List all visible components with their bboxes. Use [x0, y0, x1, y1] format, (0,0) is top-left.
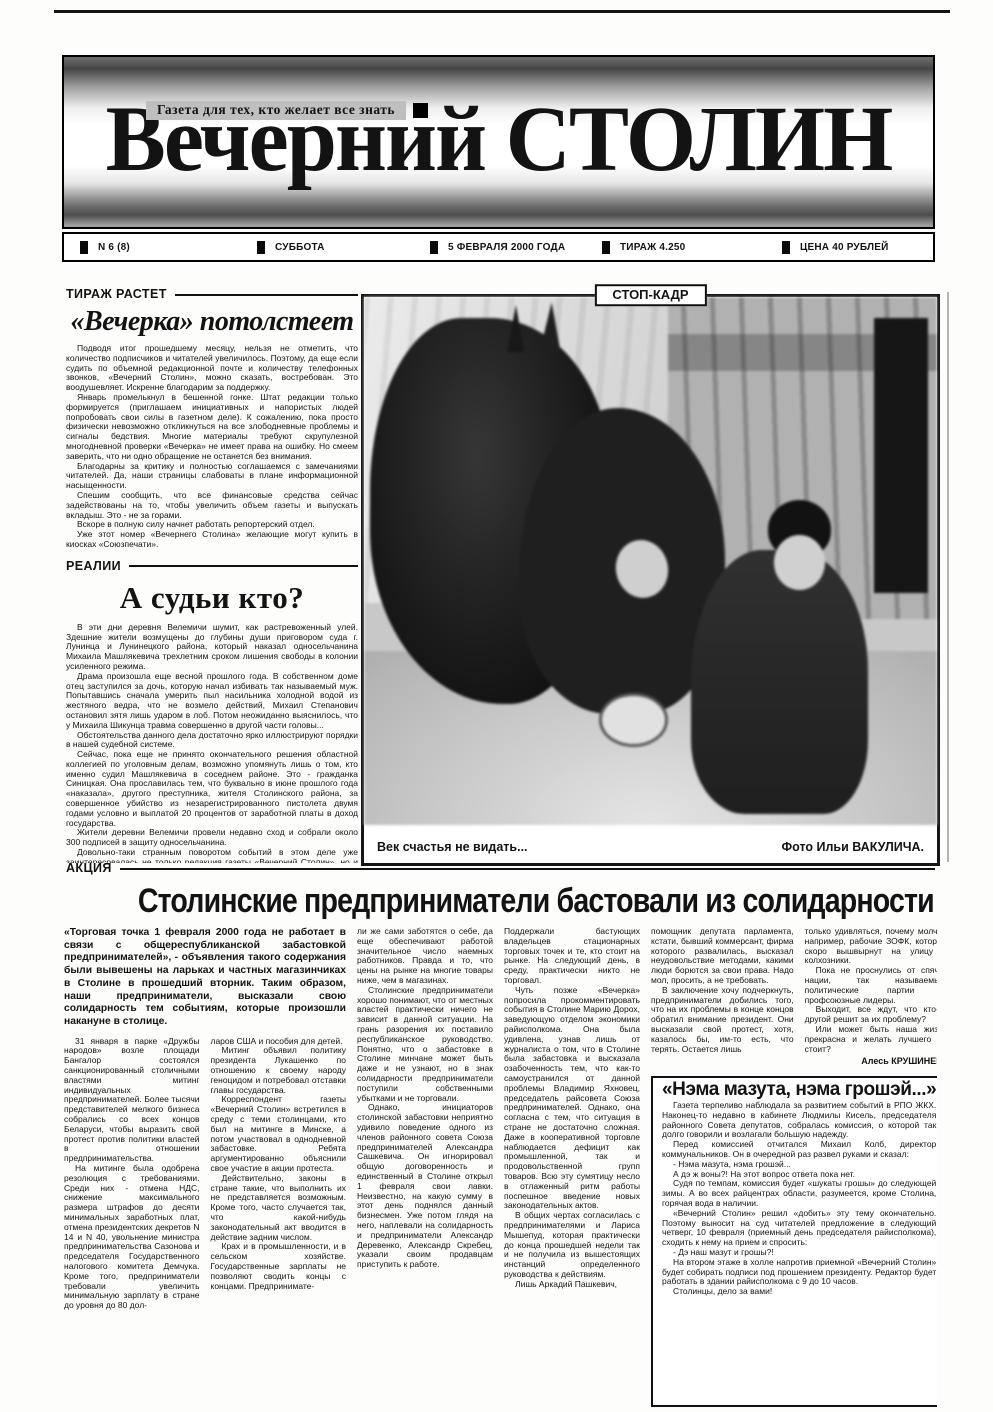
paragraph: Чуть позже «Вечерка» попросила прокоммен…	[504, 986, 640, 1211]
newspaper-page: Газета для тех, кто желает все знать Веч…	[0, 0, 993, 1412]
left-column: ТИРАЖ РАСТЕТ «Вечерка» потолстеет Подвод…	[66, 287, 358, 863]
mazuta-box: «Нэма мазута, нэма грошэй...» Газета тер…	[651, 1076, 937, 1407]
section-label: ТИРАЖ РАСТЕТ	[66, 287, 167, 301]
strike-col-3: ли же сами заботятся о себе, да еще обес…	[357, 927, 493, 1407]
price: ЦЕНА 40 РУБЛЕЙ	[782, 234, 888, 260]
paragraph: Столинские предприниматели хорошо понима…	[357, 986, 493, 1104]
photo-caption-bar: Век счастья не видать... Фото Ильи ВАКУЛ…	[364, 831, 937, 863]
top-rule	[54, 10, 950, 13]
photo-doorway	[874, 318, 928, 593]
paragraph: В общих чертах согласилась с предпринима…	[504, 1211, 640, 1280]
paragraph: Драма произошла еще весной прошлого года…	[66, 672, 358, 731]
strike-headline-wrap: Столинские предприниматели бастовали из …	[62, 882, 935, 921]
strike-col-1: 31 января в парке «Дружбы народов» возле…	[64, 1037, 200, 1311]
paragraph: «Вечерний Столин» решил «добить» эту тем…	[662, 1209, 936, 1248]
issue-date: 5 ФЕВРАЛЯ 2000 ГОДА	[430, 234, 565, 260]
circulation-label: ТИРАЖ 4.250	[620, 242, 685, 253]
paragraph: Сейчас, пока еще не принято окончательно…	[66, 750, 358, 828]
paragraph: только удивляться, почему молчат, наприм…	[805, 927, 937, 966]
paragraph: В эти дни деревня Велемичи шумит, как ра…	[66, 623, 358, 672]
photo-image	[364, 297, 937, 825]
paragraph: помощник депутата парламента, кстати, бы…	[651, 927, 794, 986]
section-rule	[129, 565, 358, 567]
paragraph: Подводя итог прошедшему месяцу, нельзя н…	[66, 344, 358, 393]
strike-col-2: ларов США и пособия для детей. Митинг об…	[211, 1037, 347, 1311]
photo-sitting-man	[691, 550, 869, 814]
paragraph: Однако, инициаторов столинской забастовк…	[357, 1103, 493, 1270]
weekday-label: СУББОТА	[275, 242, 325, 253]
circulation: ТИРАЖ 4.250	[602, 234, 685, 260]
issue-number-label: N 6 (8)	[98, 242, 130, 253]
photo-frame: СТОП-КАДР Век счастья не видать... Фото …	[361, 294, 940, 866]
tagline-square	[413, 103, 428, 118]
strike-cols-5-6: помощник депутата парламента, кстати, бы…	[651, 927, 937, 1407]
issue-date-label: 5 ФЕВРАЛЯ 2000 ГОДА	[448, 242, 565, 253]
marker-icon	[257, 241, 265, 254]
photo-rubric-label: СТОП-КАДР	[594, 284, 706, 306]
strike-col-6: только удивляться, почему молчат, наприм…	[805, 927, 937, 1067]
weekday: СУББОТА	[257, 234, 325, 260]
paragraph: На втором этаже в холле напротив приемно…	[662, 1258, 936, 1287]
section-rule	[120, 868, 935, 870]
masthead: Газета для тех, кто желает все знать Веч…	[62, 55, 935, 229]
paragraph: Или может быть наша жизнь прекрасна и же…	[805, 1025, 937, 1054]
strike-col-5: помощник депутата парламента, кстати, бы…	[651, 927, 794, 1067]
paragraph: Судя по темпам, комиссия будет «шукаты г…	[662, 1179, 936, 1208]
section-realii: РЕАЛИИ	[66, 559, 358, 573]
paragraph: Митинг объявил политику президента Лукаш…	[211, 1046, 347, 1095]
photo-horseshoe	[599, 693, 668, 747]
marker-icon	[430, 241, 438, 254]
paragraph: Жители деревни Велемичи провели недавно …	[66, 828, 358, 848]
headline-vecherka: «Вечерка» потолстеет	[66, 306, 358, 338]
paragraph: Уже этот номер «Вечернего Столина» желаю…	[66, 530, 358, 550]
headline-sudyi: А судьи кто?	[66, 580, 358, 616]
section-label: АКЦИЯ	[66, 861, 112, 875]
paragraph: Корреспондент газеты «Вечерний Столин» в…	[211, 1095, 347, 1173]
section-rule	[175, 294, 358, 296]
paragraph: Выходит, все ждут, что кто-то другой реш…	[805, 1005, 937, 1025]
paragraph: Действительно, законы в стране такие, чт…	[211, 1174, 347, 1243]
paragraph: В заключение хочу подчеркнуть, предприни…	[651, 986, 794, 1055]
marker-icon	[602, 241, 610, 254]
paragraph: Январь промелькнул в бешенной гонке. Шта…	[66, 393, 358, 462]
paragraph: Столинцы, дело за вами!	[662, 1287, 936, 1297]
scan-edge-line	[947, 292, 949, 862]
strike-article-body: «Торговая точка 1 февраля 2000 года не р…	[64, 927, 937, 1407]
mazuta-headline: «Нэма мазута, нэма грошэй...»	[662, 1085, 936, 1095]
paragraph: Газета терпеливо наблюдала за развитием …	[662, 1101, 936, 1140]
section-tirazh-rastet: ТИРАЖ РАСТЕТ	[66, 287, 358, 301]
article-sudyi-body: В эти дни деревня Велемичи шумит, как ра…	[66, 623, 358, 863]
strike-col-4: Поддержали бастующих владельцев стациона…	[504, 927, 640, 1407]
strike-cols-1-2: «Торговая точка 1 февраля 2000 года не р…	[64, 927, 346, 1407]
paragraph: Перед комиссией отчитался Михаил Колб, д…	[662, 1140, 936, 1160]
article-tirazh-body: Подводя итог прошедшему месяцу, нельзя н…	[66, 344, 358, 550]
photo-credit: Фото Ильи ВАКУЛИЧА.	[781, 840, 924, 854]
paragraph: Поддержали бастующих владельцев стациона…	[504, 927, 640, 986]
paragraph: Благодарны за критику и полностью соглаш…	[66, 462, 358, 491]
paragraph: Обстоятельства данного дела достаточно я…	[66, 731, 358, 751]
paragraph: Лишь Аркадий Пашкевич,	[504, 1280, 640, 1290]
photo-sitting-man-face	[774, 535, 826, 590]
paragraph: Крах и в промышленности, и в сельском хо…	[211, 1242, 347, 1291]
strike-lead: «Торговая точка 1 февраля 2000 года не р…	[64, 927, 346, 1029]
strike-headline: Столинские предприниматели бастовали из …	[138, 882, 934, 921]
paragraph: Пока не проснулись от спячки нации, так …	[805, 966, 937, 1005]
paragraph: На митинге была одобрена резолюция с тре…	[64, 1164, 200, 1311]
paragraph: Спешим сообщить, что все финансовые сред…	[66, 491, 358, 520]
issue-number: N 6 (8)	[80, 234, 130, 260]
tagline: Газета для тех, кто желает все знать	[146, 101, 428, 120]
paragraph: ли же сами заботятся о себе, да еще обес…	[357, 927, 493, 986]
photo-caption: Век счастья не видать...	[377, 840, 528, 854]
tagline-text: Газета для тех, кто желает все знать	[146, 101, 406, 120]
author-signature: Алесь КРУШИНЕЦ.	[805, 1057, 937, 1067]
section-label: РЕАЛИИ	[66, 559, 121, 573]
price-label: ЦЕНА 40 РУБЛЕЙ	[800, 242, 888, 253]
paragraph: 31 января в парке «Дружбы народов» возле…	[64, 1037, 200, 1164]
issue-infobar: N 6 (8) СУББОТА 5 ФЕВРАЛЯ 2000 ГОДА ТИРА…	[62, 232, 935, 262]
marker-icon	[80, 241, 88, 254]
section-akciya: АКЦИЯ	[66, 861, 935, 875]
marker-icon	[782, 241, 790, 254]
